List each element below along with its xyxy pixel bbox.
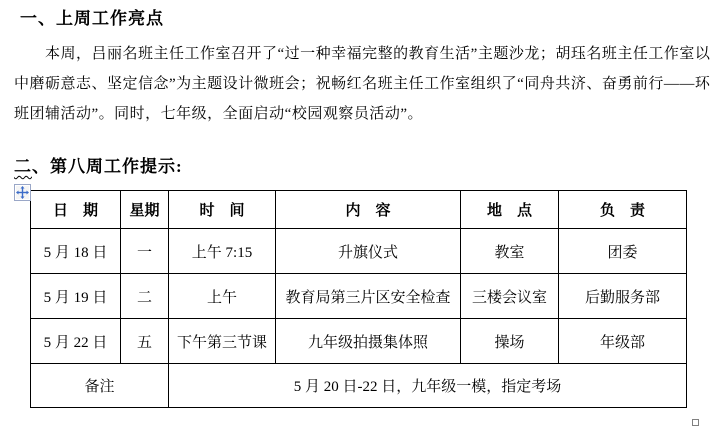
header-content: 内 容 — [276, 191, 461, 229]
cell-content: 升旗仪式 — [276, 229, 461, 274]
section1-heading: 一、上周工作亮点 — [20, 8, 711, 30]
cell-date: 5 月 22 日 — [31, 319, 121, 364]
cell-responsible: 年级部 — [559, 319, 687, 364]
paragraph-line: 班团辅活动”。同时，七年级，全面启动“校园观察员活动”。 — [14, 99, 703, 129]
table-move-handle-icon[interactable] — [14, 184, 31, 201]
section2-heading-first-char: 二 — [14, 157, 32, 176]
header-date: 日 期 — [31, 191, 121, 229]
cell-date: 5 月 18 日 — [31, 229, 121, 274]
cell-responsible: 后勤服务部 — [559, 274, 687, 319]
document-page: 一、上周工作亮点 本周，吕丽名班主任工作室召开了“过一种幸福完整的教育生活”主题… — [0, 8, 711, 428]
cell-weekday: 一 — [121, 229, 169, 274]
schedule-table: 日 期 星期 时 间 内 容 地 点 负 责 5 月 18 日 一 上午 7:1… — [30, 190, 687, 408]
section2-heading-rest: 、第八周工作提示: — [32, 157, 183, 176]
table-row: 5 月 22 日 五 下午第三节课 九年级拍摄集体照 操场 年级部 — [31, 319, 687, 364]
remark-label: 备注 — [31, 364, 169, 408]
header-responsible: 负 责 — [559, 191, 687, 229]
table-row: 5 月 19 日 二 上午 教育局第三片区安全检查 三楼会议室 后勤服务部 — [31, 274, 687, 319]
cell-content: 九年级拍摄集体照 — [276, 319, 461, 364]
cell-time: 上午 — [169, 274, 276, 319]
cell-date: 5 月 19 日 — [31, 274, 121, 319]
cell-weekday: 五 — [121, 319, 169, 364]
section1-paragraph: 本周，吕丽名班主任工作室召开了“过一种幸福完整的教育生活”主题沙龙；胡珏名班主任… — [14, 39, 703, 129]
section2-heading: 二、第八周工作提示: — [14, 156, 711, 178]
table-header-row: 日 期 星期 时 间 内 容 地 点 负 责 — [31, 191, 687, 229]
cell-time: 下午第三节课 — [169, 319, 276, 364]
cell-place: 操场 — [461, 319, 559, 364]
header-time: 时 间 — [169, 191, 276, 229]
four-way-arrow-icon — [16, 186, 29, 199]
header-weekday: 星期 — [121, 191, 169, 229]
cell-weekday: 二 — [121, 274, 169, 319]
table-remark-row: 备注 5 月 20 日-22 日，九年级一模，指定考场 — [31, 364, 687, 408]
cell-responsible: 团委 — [559, 229, 687, 274]
table-row: 5 月 18 日 一 上午 7:15 升旗仪式 教室 团委 — [31, 229, 687, 274]
paragraph-line: 中磨砺意志、坚定信念”为主题设计微班会；祝畅红名班主任工作室组织了“同舟共济、奋… — [14, 69, 703, 99]
cell-place: 教室 — [461, 229, 559, 274]
table-resize-handle-icon[interactable] — [692, 419, 699, 426]
paragraph-line: 本周，吕丽名班主任工作室召开了“过一种幸福完整的教育生活”主题沙龙；胡珏名班主任… — [14, 39, 703, 69]
remark-text: 5 月 20 日-22 日，九年级一模，指定考场 — [169, 364, 687, 408]
cell-place: 三楼会议室 — [461, 274, 559, 319]
cell-content: 教育局第三片区安全检查 — [276, 274, 461, 319]
header-place: 地 点 — [461, 191, 559, 229]
cell-time: 上午 7:15 — [169, 229, 276, 274]
